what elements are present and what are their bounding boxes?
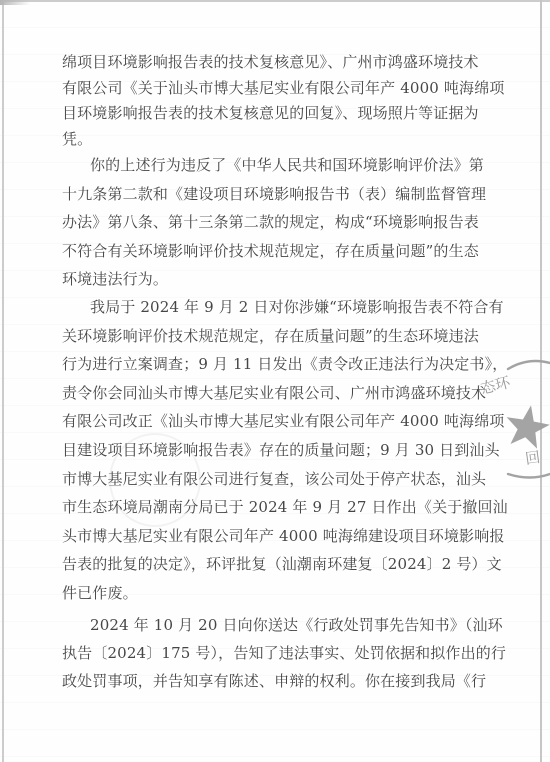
scan-corner-smudge xyxy=(0,0,30,5)
text-line: 执告〔2024〕175 号），告知了违法事实、处罚依据和拟作出的行 xyxy=(62,639,494,667)
text-line: 目建设项目环境影响报告表》存在的质量问题；9 月 30 日到汕头 xyxy=(62,436,494,465)
seal-ring-bottom-arc xyxy=(508,474,550,478)
text-line: 有限公司改正《汕头市博大基尼实业有限公司年产 4000 吨海绵项 xyxy=(62,407,494,436)
text-line: 你的上述行为违反了《中华人民共和国环境影响评价法》第 xyxy=(62,151,494,180)
text-line: 行为进行立案调查；9 月 11 日发出《责令改正违法行为决定书》， xyxy=(62,350,494,379)
text-line: 绵项目环境影响报告表的技术复核意见》、广州市鸿盛环境技术 xyxy=(62,50,494,76)
paragraph: 我局于 2024 年 9 月 2 日对你涉嫌“环境影响报告表不符合有关环境影响评… xyxy=(62,293,494,608)
page-edge-top xyxy=(0,0,550,2)
text-line: 市生态环境局潮南分局已于 2024 年 9 月 27 日作出《关于撤回汕 xyxy=(62,493,494,522)
text-line: 政处罚事项，并告知享有陈述、申辩的权利。你在接到我局《行 xyxy=(62,667,494,695)
text-line: 件已作废。 xyxy=(62,579,494,608)
text-line: 环境违法行为。 xyxy=(62,265,494,294)
text-line: 关环境影响评价技术规范规定，存在质量问题”的生态环境违法 xyxy=(62,322,494,351)
text-line: 办法》第八条、第十三条第二款的规定，构成“环境影响报告表 xyxy=(62,208,494,237)
text-line: 2024 年 10 月 20 日向你送达《行政处罚事先告知书》（汕环 xyxy=(62,611,494,639)
text-line: 不符合有关环境影响评价技术规范规定，存在质量问题”的生态 xyxy=(62,237,494,266)
text-line: 责令你会同汕头市博大基尼实业有限公司、广州市鸿盛环境技术 xyxy=(62,379,494,408)
paragraph: 绵项目环境影响报告表的技术复核意见》、广州市鸿盛环境技术有限公司《关于汕头市博大… xyxy=(62,50,494,152)
text-line: 头市博大基尼实业有限公司年产 4000 吨海绵建设项目环境影响报 xyxy=(62,522,494,551)
text-line: 告表的批复的决定》，环评批复（汕潮南环建复〔2024〕2 号）文 xyxy=(62,550,494,579)
seal-arc-text: 态环 xyxy=(479,373,513,398)
official-seal-partial-icon: 态环 回 xyxy=(478,348,550,486)
text-line: 我局于 2024 年 9 月 2 日对你涉嫌“环境影响报告表不符合有 xyxy=(62,293,494,322)
text-line: 凭。 xyxy=(62,127,494,153)
paragraph: 你的上述行为违反了《中华人民共和国环境影响评价法》第十九条第二款和《建设项目环境… xyxy=(62,151,494,294)
text-line: 市博大基尼实业有限公司进行复查，该公司处于停产状态，汕头 xyxy=(62,465,494,494)
page-edge-left xyxy=(2,0,4,762)
text-line: 有限公司《关于汕头市博大基尼实业有限公司年产 4000 吨海绵项 xyxy=(62,76,494,102)
seal-ring-top-arc xyxy=(508,361,550,369)
seal-star-icon xyxy=(502,402,550,451)
paragraph: 2024 年 10 月 20 日向你送达《行政处罚事先告知书》（汕环执告〔202… xyxy=(62,611,494,695)
scanned-document-page: 绵项目环境影响报告表的技术复核意见》、广州市鸿盛环境技术有限公司《关于汕头市博大… xyxy=(0,0,550,762)
text-line: 十九条第二款和《建设项目环境影响报告书（表）编制监督管理 xyxy=(62,180,494,209)
seal-inner-char: 回 xyxy=(524,448,541,468)
text-line: 目环境影响报告表的技术复核意见的回复》、现场照片等证据为 xyxy=(62,101,494,127)
